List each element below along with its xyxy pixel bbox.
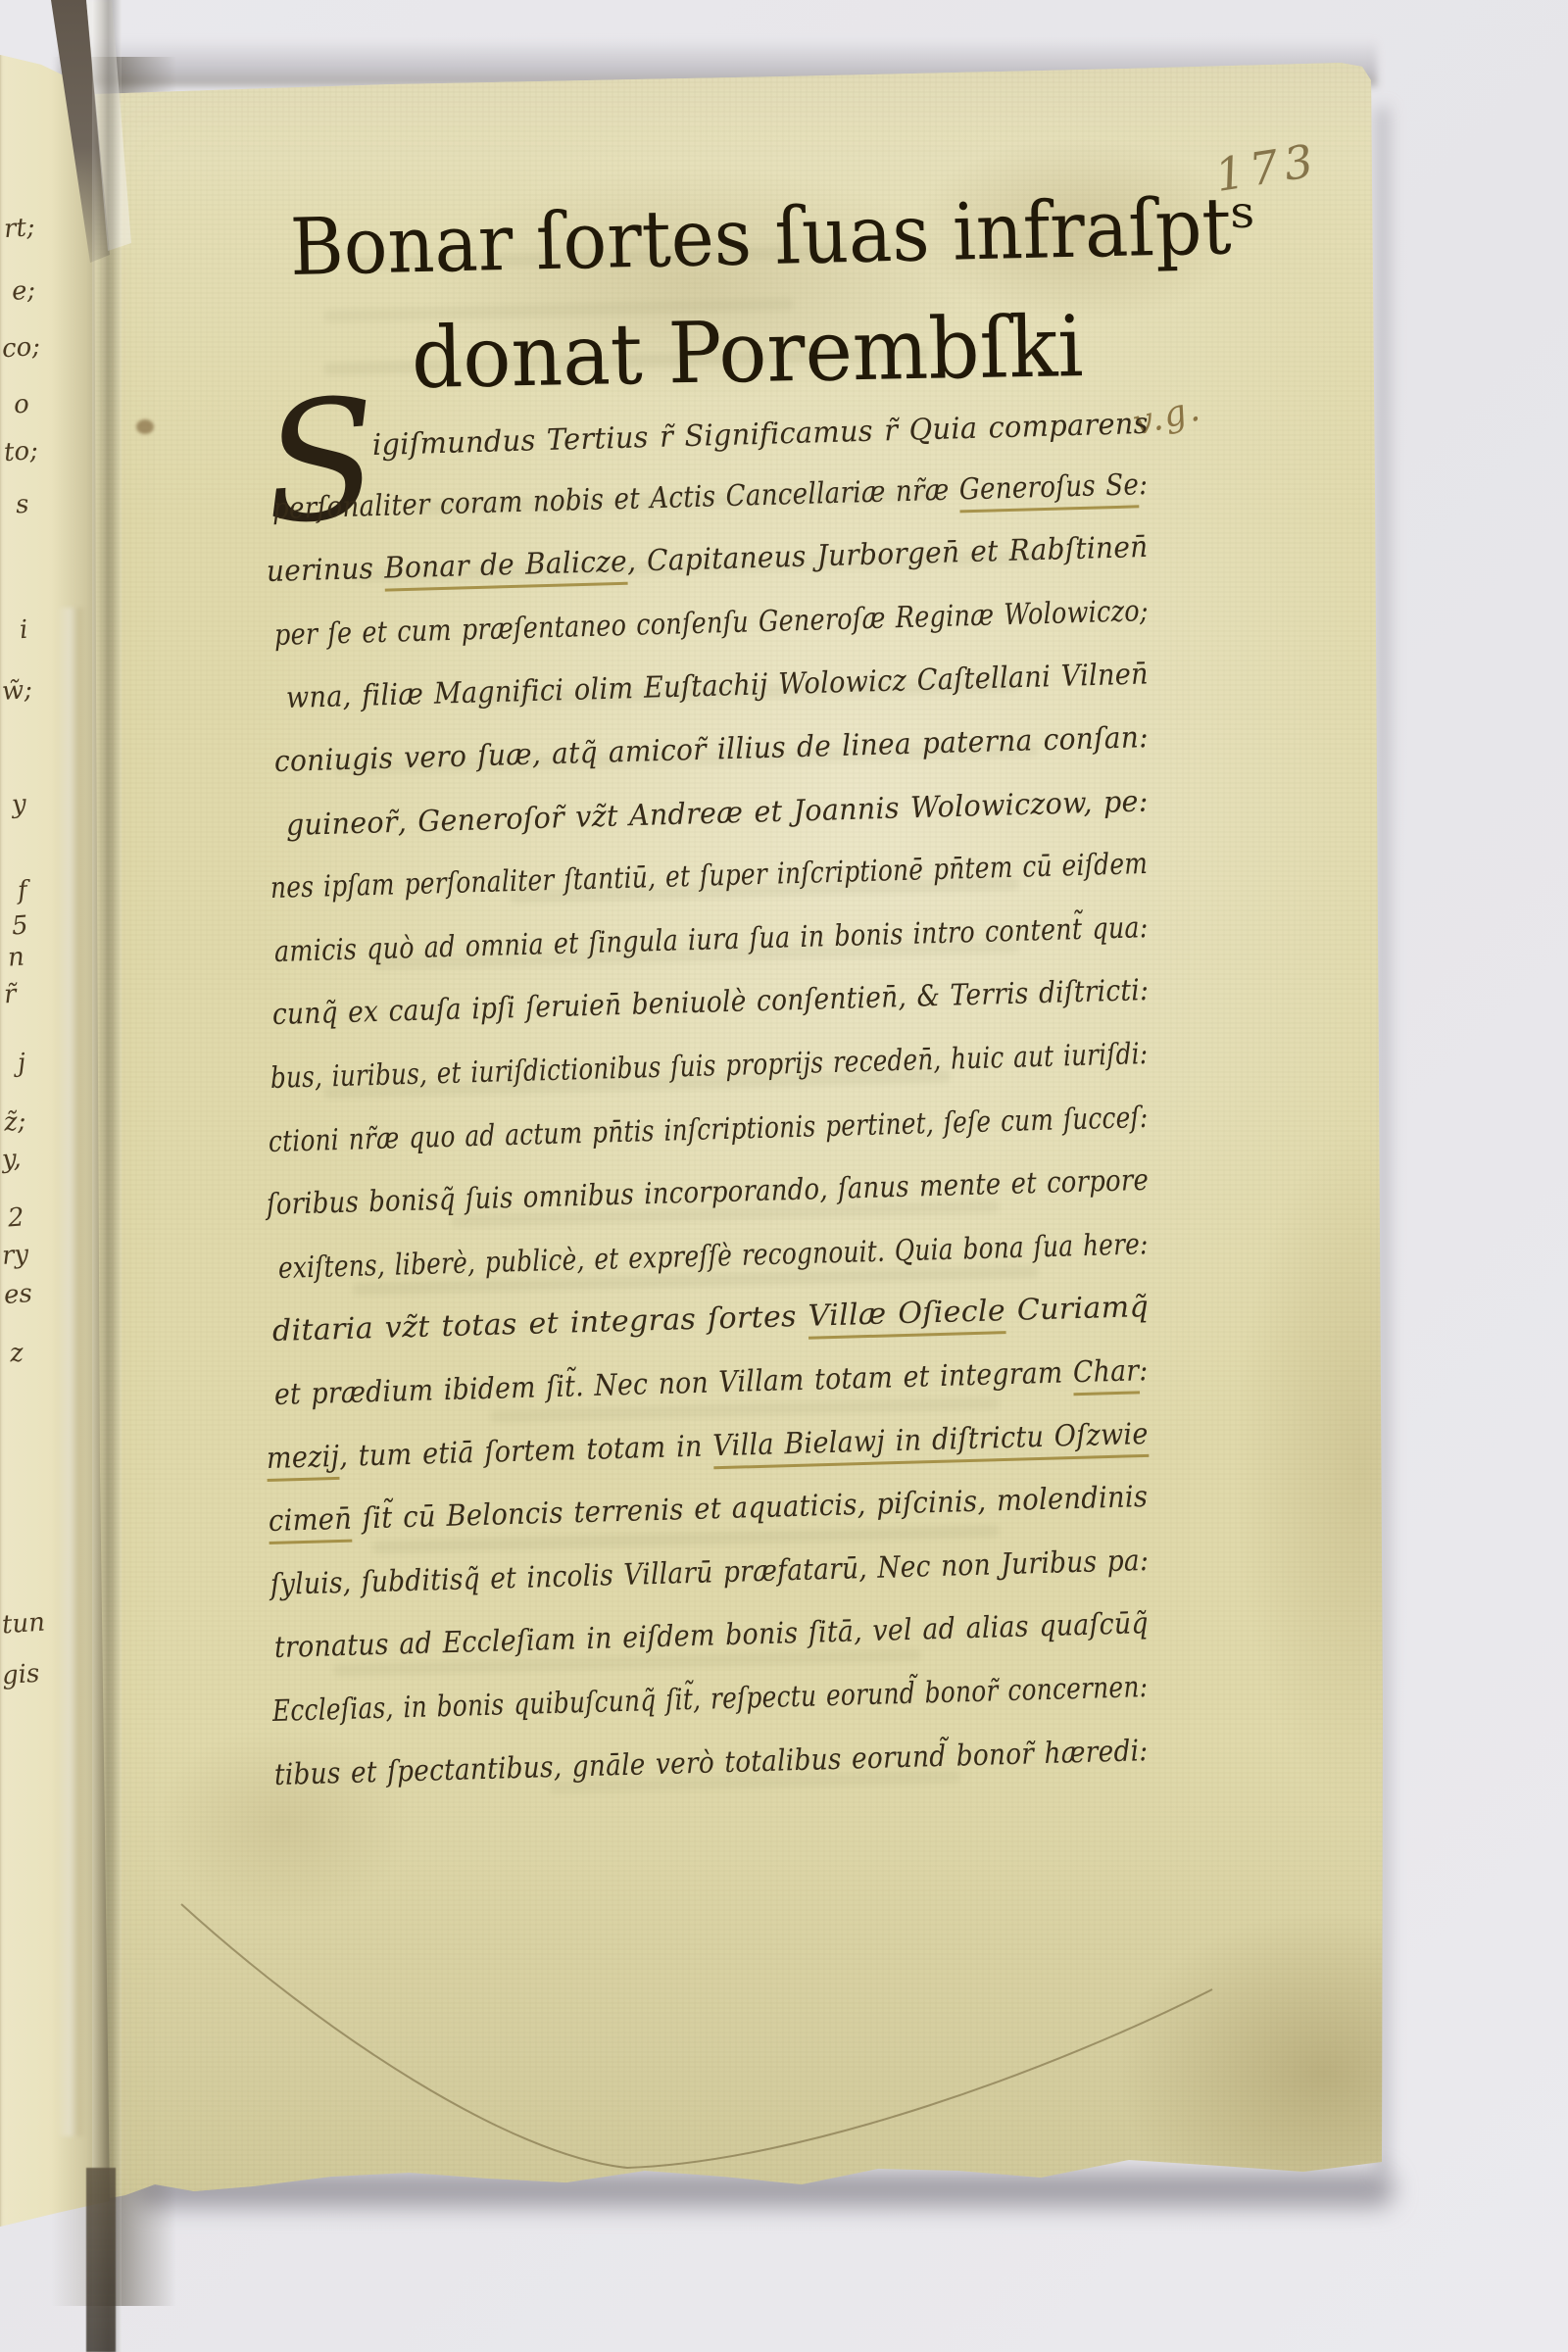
margin-fragment: z <box>9 1339 24 1369</box>
margin-fragment: e; <box>11 275 36 307</box>
margin-fragment: gis <box>1 1659 40 1691</box>
margin-fragment: es <box>3 1279 33 1310</box>
manuscript-page: 173 v.g. Bonar ſortes ſuas infraſptˢ don… <box>0 0 1568 2352</box>
margin-fragment: 2 <box>7 1202 25 1233</box>
margin-fragment: y, <box>1 1144 23 1174</box>
margin-fragment: 5 <box>11 910 29 941</box>
margin-fragment: y <box>11 790 27 820</box>
margin-fragment: n <box>7 942 25 972</box>
margin-fragment: tun <box>1 1608 46 1641</box>
margin-fragment: i <box>19 615 28 646</box>
margin-fragment: z̃; <box>3 1106 27 1137</box>
glass-strip-bottom <box>86 2168 116 2352</box>
photograph-of-manuscript: { "photo": { "background_color": "#e8e7e… <box>0 0 1568 2352</box>
glass-strip <box>92 0 122 2352</box>
margin-fragment: to; <box>3 436 39 467</box>
margin-fragment: w̃; <box>1 675 33 707</box>
margin-fragment: ry <box>1 1240 29 1271</box>
margin-fragment: co; <box>1 332 41 365</box>
margin-fragment: r̃ <box>3 980 17 1010</box>
margin-fragment: f <box>17 876 28 906</box>
heading-line-2: donat Porembſki <box>411 298 1084 408</box>
margin-fragment: s <box>15 490 29 520</box>
margin-fragment: rt; <box>3 213 36 244</box>
margin-fragment: o <box>13 389 30 419</box>
margin-fragment: j <box>17 1049 26 1078</box>
